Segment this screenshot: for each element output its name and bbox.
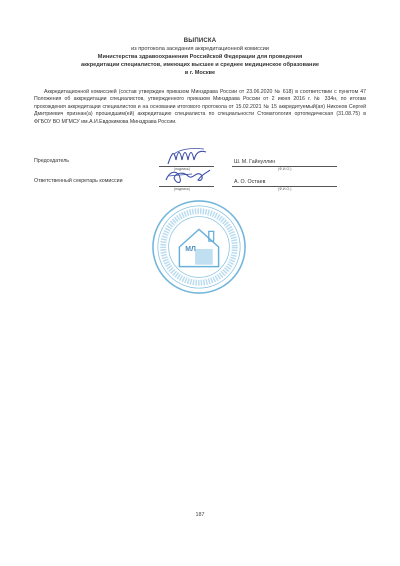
- header-line-1: из протокола заседания аккредитационной …: [40, 45, 360, 53]
- document-page: ВЫПИСКА из протокола заседания аккредита…: [0, 0, 400, 566]
- document-title: ВЫПИСКА: [40, 37, 360, 45]
- signer-name: Ш. М. Гайнуллин: [234, 159, 275, 165]
- role-label: Председатель: [34, 158, 69, 164]
- header-line-4: в г. Москве: [40, 69, 360, 77]
- header-line-2: Министерства здравоохранения Российской …: [40, 53, 360, 61]
- document-header: ВЫПИСКА из протокола заседания аккредита…: [40, 37, 360, 77]
- official-stamp-icon: МЛ: [150, 198, 248, 296]
- signature-icon: [162, 146, 212, 168]
- name-caption: (Ф.И.О.): [278, 187, 292, 191]
- page-number: 187: [0, 512, 400, 518]
- svg-text:МЛ: МЛ: [185, 246, 196, 253]
- signature-icon: [162, 166, 212, 188]
- signature-row-secretary: Ответственный секретарь комиссии (подпис…: [34, 174, 366, 194]
- name-caption: (Ф.И.О.): [278, 167, 292, 171]
- signer-name: А. О. Остаев: [234, 179, 265, 185]
- document-body: Аккредитационной комиссией (состав утвер…: [34, 89, 366, 126]
- signature-caption: (подпись): [174, 187, 190, 191]
- header-line-3: аккредитации специалистов, имеющих высше…: [40, 61, 360, 69]
- role-label: Ответственный секретарь комиссии: [34, 178, 123, 184]
